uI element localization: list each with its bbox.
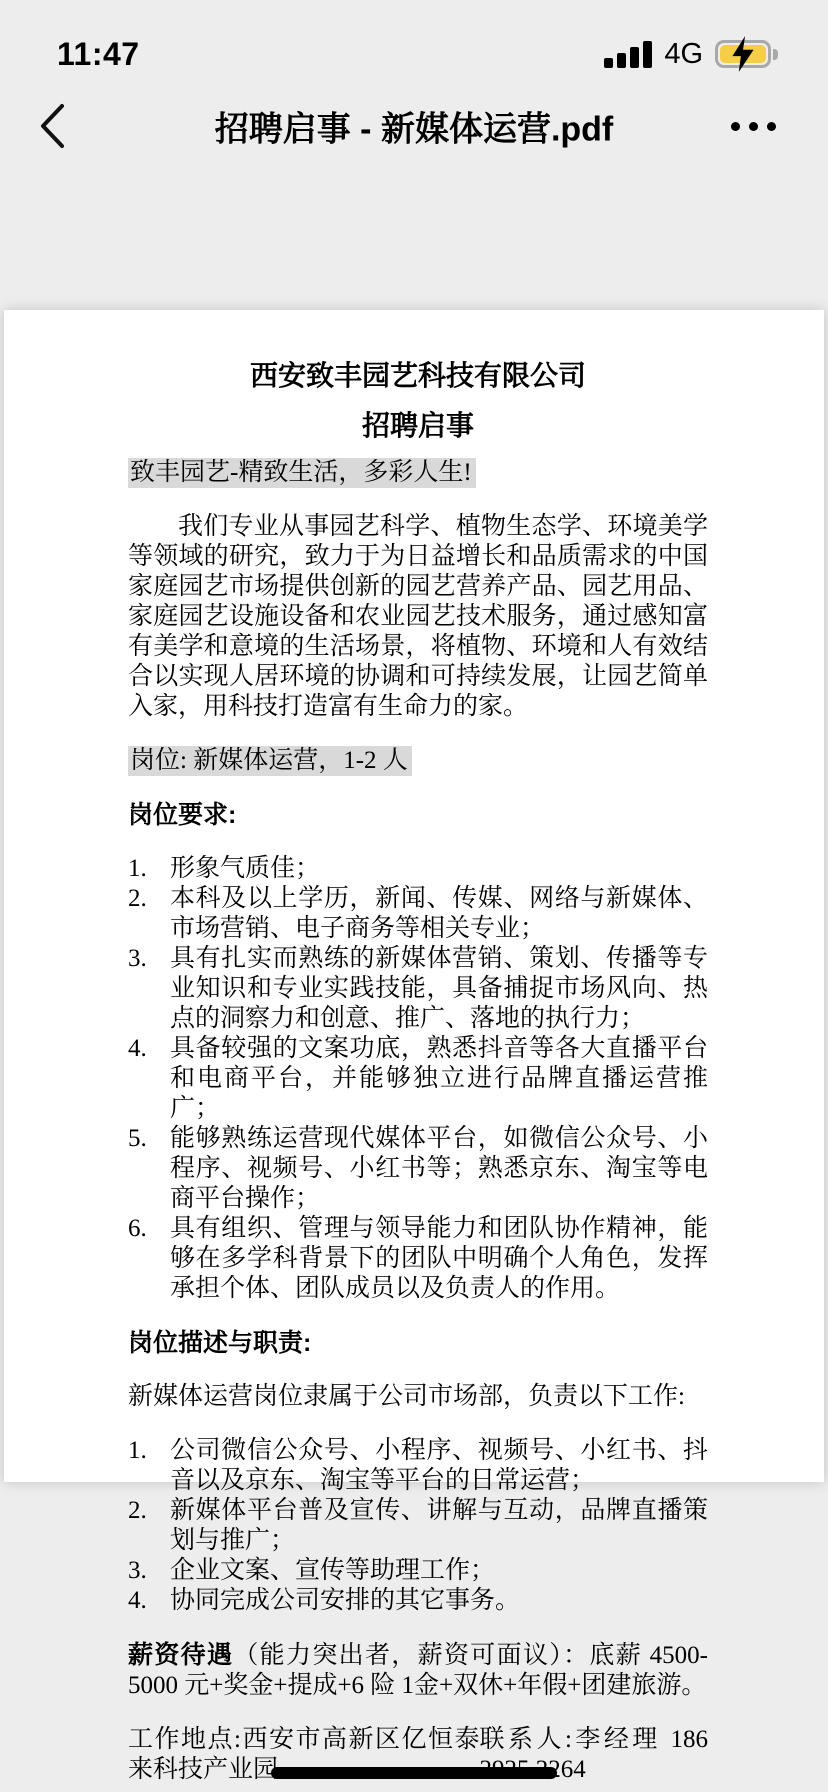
salary-label: 薪资待遇 (128, 1641, 233, 1669)
list-item-number: 4. (128, 1034, 170, 1124)
tagline-line: 致丰园艺-精致生活，多彩人生! (128, 458, 708, 488)
list-item: 3.企业文案、宣传等助理工作； (128, 1556, 708, 1586)
list-item-text: 公司微信公众号、小程序、视频号、小红书、抖音以及京东、淘宝等平台的日常运营； (170, 1436, 708, 1496)
position-highlight: 岗位: 新媒体运营，1-2 人 (128, 746, 412, 776)
signal-strength-icon (604, 40, 652, 68)
company-name-heading: 西安致丰园艺科技有限公司 (128, 360, 708, 394)
file-title: 招聘启事 - 新媒体运营.pdf (215, 102, 614, 151)
home-indicator[interactable] (271, 1767, 557, 1779)
salary-paragraph: 薪资待遇（能力突出者，薪资可面议）：底薪 4500-5000 元+奖金+提成+6… (128, 1640, 708, 1701)
back-button[interactable] (30, 98, 74, 154)
list-item: 6.具有组织、管理与领导能力和团队协作精神，能够在多学科背景下的团队中明确个人角… (128, 1214, 708, 1304)
status-time: 11:47 (57, 36, 140, 73)
list-item-number: 2. (128, 1496, 170, 1556)
position-line: 岗位: 新媒体运营，1-2 人 (128, 746, 708, 776)
document-title-heading: 招聘启事 (128, 410, 708, 444)
list-item: 4.协同完成公司安排的其它事务。 (128, 1586, 708, 1616)
list-item-text: 能够熟练运营现代媒体平台，如微信公众号、小程序、视频号、小红书等；熟悉京东、淘宝… (170, 1124, 708, 1214)
chevron-left-icon (39, 103, 65, 149)
duties-list: 1.公司微信公众号、小程序、视频号、小红书、抖音以及京东、淘宝等平台的日常运营；… (128, 1436, 708, 1616)
status-icons: 4G (604, 38, 778, 71)
list-item-number: 1. (128, 1436, 170, 1496)
company-intro-paragraph: 我们专业从事园艺科学、植物生态学、环境美学等领域的研究，致力于为日益增长和品质需… (128, 512, 708, 722)
list-item-number: 2. (128, 884, 170, 944)
list-item-text: 具有组织、管理与领导能力和团队协作精神，能够在多学科背景下的团队中明确个人角色，… (170, 1214, 708, 1304)
list-item-text: 新媒体平台普及宣传、讲解与互动，品牌直播策划与推广； (170, 1496, 708, 1556)
tagline-highlight: 致丰园艺-精致生活，多彩人生! (128, 458, 476, 488)
battery-charging-icon (715, 40, 778, 68)
phone-screen: 11:47 4G 招聘启事 - 新媒体运营.pdf (0, 0, 828, 1792)
requirements-list: 1.形象气质佳；2.本科及以上学历，新闻、传媒、网络与新媒体、市场营销、电子商务… (128, 854, 708, 1304)
list-item-number: 1. (128, 854, 170, 884)
requirements-section-title: 岗位要求: (128, 800, 708, 830)
lightning-bolt-icon (732, 36, 754, 72)
more-options-button[interactable] (725, 102, 782, 150)
list-item-number: 3. (128, 1556, 170, 1586)
list-item-text: 协同完成公司安排的其它事务。 (170, 1586, 708, 1616)
list-item-text: 具备较强的文案功底，熟悉抖音等各大直播平台和电商平台，并能够独立进行品牌直播运营… (170, 1034, 708, 1124)
duties-section-title: 岗位描述与职责: (128, 1328, 708, 1358)
list-item: 2.本科及以上学历，新闻、传媒、网络与新媒体、市场营销、电子商务等相关专业； (128, 884, 708, 944)
network-type-label: 4G (664, 38, 703, 71)
list-item-number: 3. (128, 944, 170, 1034)
list-item-text: 企业文案、宣传等助理工作； (170, 1556, 708, 1586)
list-item-number: 5. (128, 1124, 170, 1214)
duties-intro-line: 新媒体运营岗位隶属于公司市场部，负责以下工作: (128, 1382, 708, 1412)
list-item-text: 本科及以上学历，新闻、传媒、网络与新媒体、市场营销、电子商务等相关专业； (170, 884, 708, 944)
more-dots-icon (731, 122, 740, 131)
nav-bar: 招聘启事 - 新媒体运营.pdf (0, 90, 828, 162)
list-item-number: 6. (128, 1214, 170, 1304)
list-item: 5.能够熟练运营现代媒体平台，如微信公众号、小程序、视频号、小红书等；熟悉京东、… (128, 1124, 708, 1214)
list-item-number: 4. (128, 1586, 170, 1616)
list-item: 2.新媒体平台普及宣传、讲解与互动，品牌直播策划与推广； (128, 1496, 708, 1556)
list-item-text: 具有扎实而熟练的新媒体营销、策划、传播等专业知识和专业实践技能，具备捕捉市场风向… (170, 944, 708, 1034)
status-bar: 11:47 4G (0, 0, 828, 90)
list-item-text: 形象气质佳； (170, 854, 708, 884)
pdf-page-content: 西安致丰园艺科技有限公司 招聘启事 致丰园艺-精致生活，多彩人生! 我们专业从事… (4, 310, 824, 1785)
list-item: 4.具备较强的文案功底，熟悉抖音等各大直播平台和电商平台，并能够独立进行品牌直播… (128, 1034, 708, 1124)
list-item: 1.形象气质佳； (128, 854, 708, 884)
list-item: 3.具有扎实而熟练的新媒体营销、策划、传播等专业知识和专业实践技能，具备捕捉市场… (128, 944, 708, 1034)
list-item: 1.公司微信公众号、小程序、视频号、小红书、抖音以及京东、淘宝等平台的日常运营； (128, 1436, 708, 1496)
pdf-page[interactable]: 西安致丰园艺科技有限公司 招聘启事 致丰园艺-精致生活，多彩人生! 我们专业从事… (4, 310, 824, 1482)
